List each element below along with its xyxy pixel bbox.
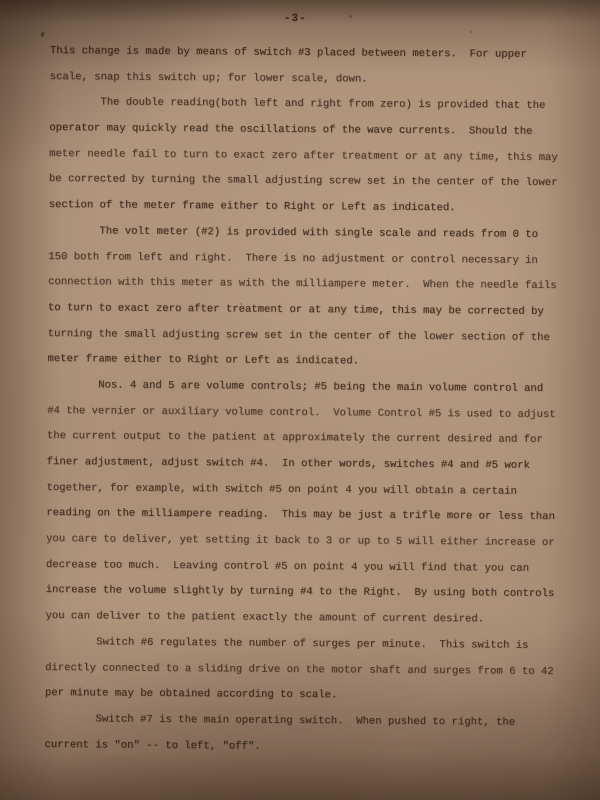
- typed-line: directly connected to a sliding drive on…: [45, 656, 595, 686]
- typed-line: connection with this meter as with the m…: [48, 270, 598, 300]
- typed-line: be corrected by turning the small adjust…: [49, 167, 599, 197]
- typed-line: current is "on" -- to left, "off".: [44, 733, 594, 763]
- typed-line: Switch #7 is the main operating switch. …: [45, 707, 595, 737]
- scanned-document-viewport: { "document": { "page_number": "-3-", "l…: [0, 0, 600, 800]
- typed-text-block: This change is made by means of switch #…: [44, 39, 600, 763]
- typed-line: The double reading(both left and right f…: [49, 90, 599, 120]
- page-number: -3-: [0, 11, 590, 28]
- typed-line: the current output to the patient at app…: [47, 424, 597, 454]
- typed-line: together, for example, with switch #5 on…: [46, 476, 596, 506]
- typed-line: section of the meter frame either to Rig…: [49, 193, 599, 223]
- typed-line: turning the small adjusting screw set in…: [48, 322, 598, 352]
- typed-content: -3- This change is made by means of swit…: [0, 0, 600, 800]
- typed-line: decrease too much. Leaving control #5 on…: [46, 553, 596, 583]
- scanned-page: -3- This change is made by means of swit…: [0, 0, 600, 800]
